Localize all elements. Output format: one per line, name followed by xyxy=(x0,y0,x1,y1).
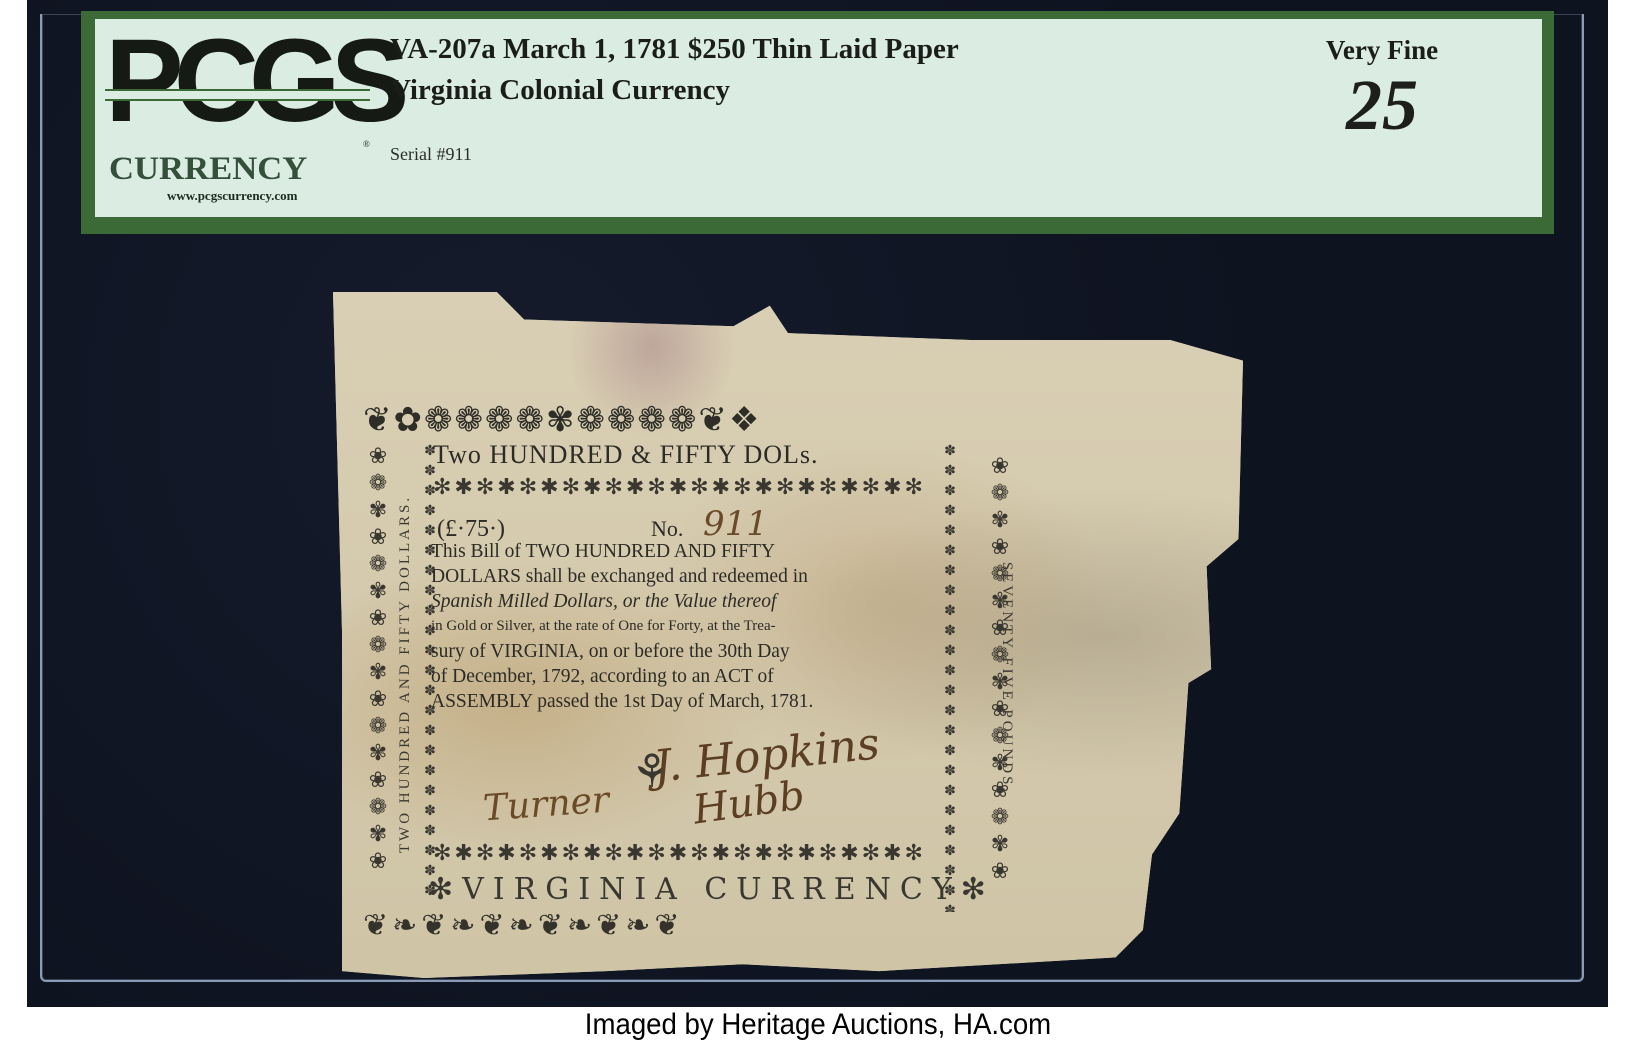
logo-brand-text: PCGS xyxy=(105,31,399,131)
note-headline: Two HUNDRED & FIFTY DOLs. xyxy=(433,440,819,470)
body-line: DOLLARS shall be exchanged and redeemed … xyxy=(431,564,971,589)
bottom-star-row: ✻✱✻✱✻✱✻✱✻✱✻✱✻✱✻✱✻✱✻✱✻✱✻ xyxy=(433,840,943,866)
logo-currency-text: CURRENCY xyxy=(109,154,307,184)
note-catalog-title: VA-207a March 1, 1781 $250 Thin Laid Pap… xyxy=(390,33,959,66)
registered-mark: ® xyxy=(363,139,370,149)
grade-number: 25 xyxy=(1307,65,1457,145)
virginia-currency-title: ✻VIRGINIA CURRENCY✻ xyxy=(428,872,995,907)
body-line: Spanish Milled Dollars, or the Value the… xyxy=(431,589,971,614)
body-line: in Gold or Silver, at the rate of One fo… xyxy=(431,614,971,639)
grading-label: PCGS ® CURRENCY www.pcgscurrency.com VA-… xyxy=(81,11,1554,234)
top-star-row: ✻✱✻✱✻✱✻✱✻✱✻✱✻✱✻✱✻✱✻✱✻✱✻ xyxy=(433,474,943,500)
body-line: This Bill of TWO HUNDRED AND FIFTY xyxy=(431,539,971,564)
top-ornament-border: ❦✿❁❁❁❁✾❁❁❁❁❦❖ xyxy=(363,397,1013,445)
pcgs-currency-logo: PCGS ® CURRENCY www.pcgscurrency.com xyxy=(105,31,375,201)
grade-description: Very Fine xyxy=(1307,35,1457,66)
body-line: of December, 1792, according to an ACT o… xyxy=(431,664,971,689)
image-credit-caption: Imaged by Heritage Auctions, HA.com xyxy=(65,1007,1570,1042)
note-series-title: Virginia Colonial Currency xyxy=(390,74,730,107)
body-line: sury of VIRGINIA, on or before the 30th … xyxy=(431,639,971,664)
bottom-ornament-border: ❦❧❦❧❦❧❦❧❦❧❦ xyxy=(363,904,1013,948)
left-ornament-column: ❀ ❁ ✾ ❀ ❁ ✾ ❀ ❁ ✾ ❀ ❁ ✾ ❀ ❁ ✾ ❀ xyxy=(363,442,393,902)
body-line: ASSEMBLY passed the 1st Day of March, 17… xyxy=(431,689,971,714)
banknote-image: ❦✿❁❁❁❁✾❁❁❁❁❦❖ ❀ ❁ ✾ ❀ ❁ ✾ ❀ ❁ ✾ ❀ ❁ ✾ ❀ … xyxy=(333,292,1243,978)
right-side-denomination: SEVENTY FIVE POUNDS. xyxy=(993,468,1015,888)
signature-left: Turner xyxy=(482,780,611,830)
left-side-denomination: TWO HUNDRED AND FIFTY DOLLARS. xyxy=(397,444,419,904)
handwritten-number: 911 xyxy=(703,504,768,544)
serial-number: Serial #911 xyxy=(390,144,472,165)
note-body-text: This Bill of TWO HUNDRED AND FIFTY DOLLA… xyxy=(431,539,971,714)
grading-label-inner: PCGS ® CURRENCY www.pcgscurrency.com VA-… xyxy=(95,19,1542,217)
logo-url: www.pcgscurrency.com xyxy=(167,188,297,204)
logo-stripe xyxy=(105,89,370,101)
